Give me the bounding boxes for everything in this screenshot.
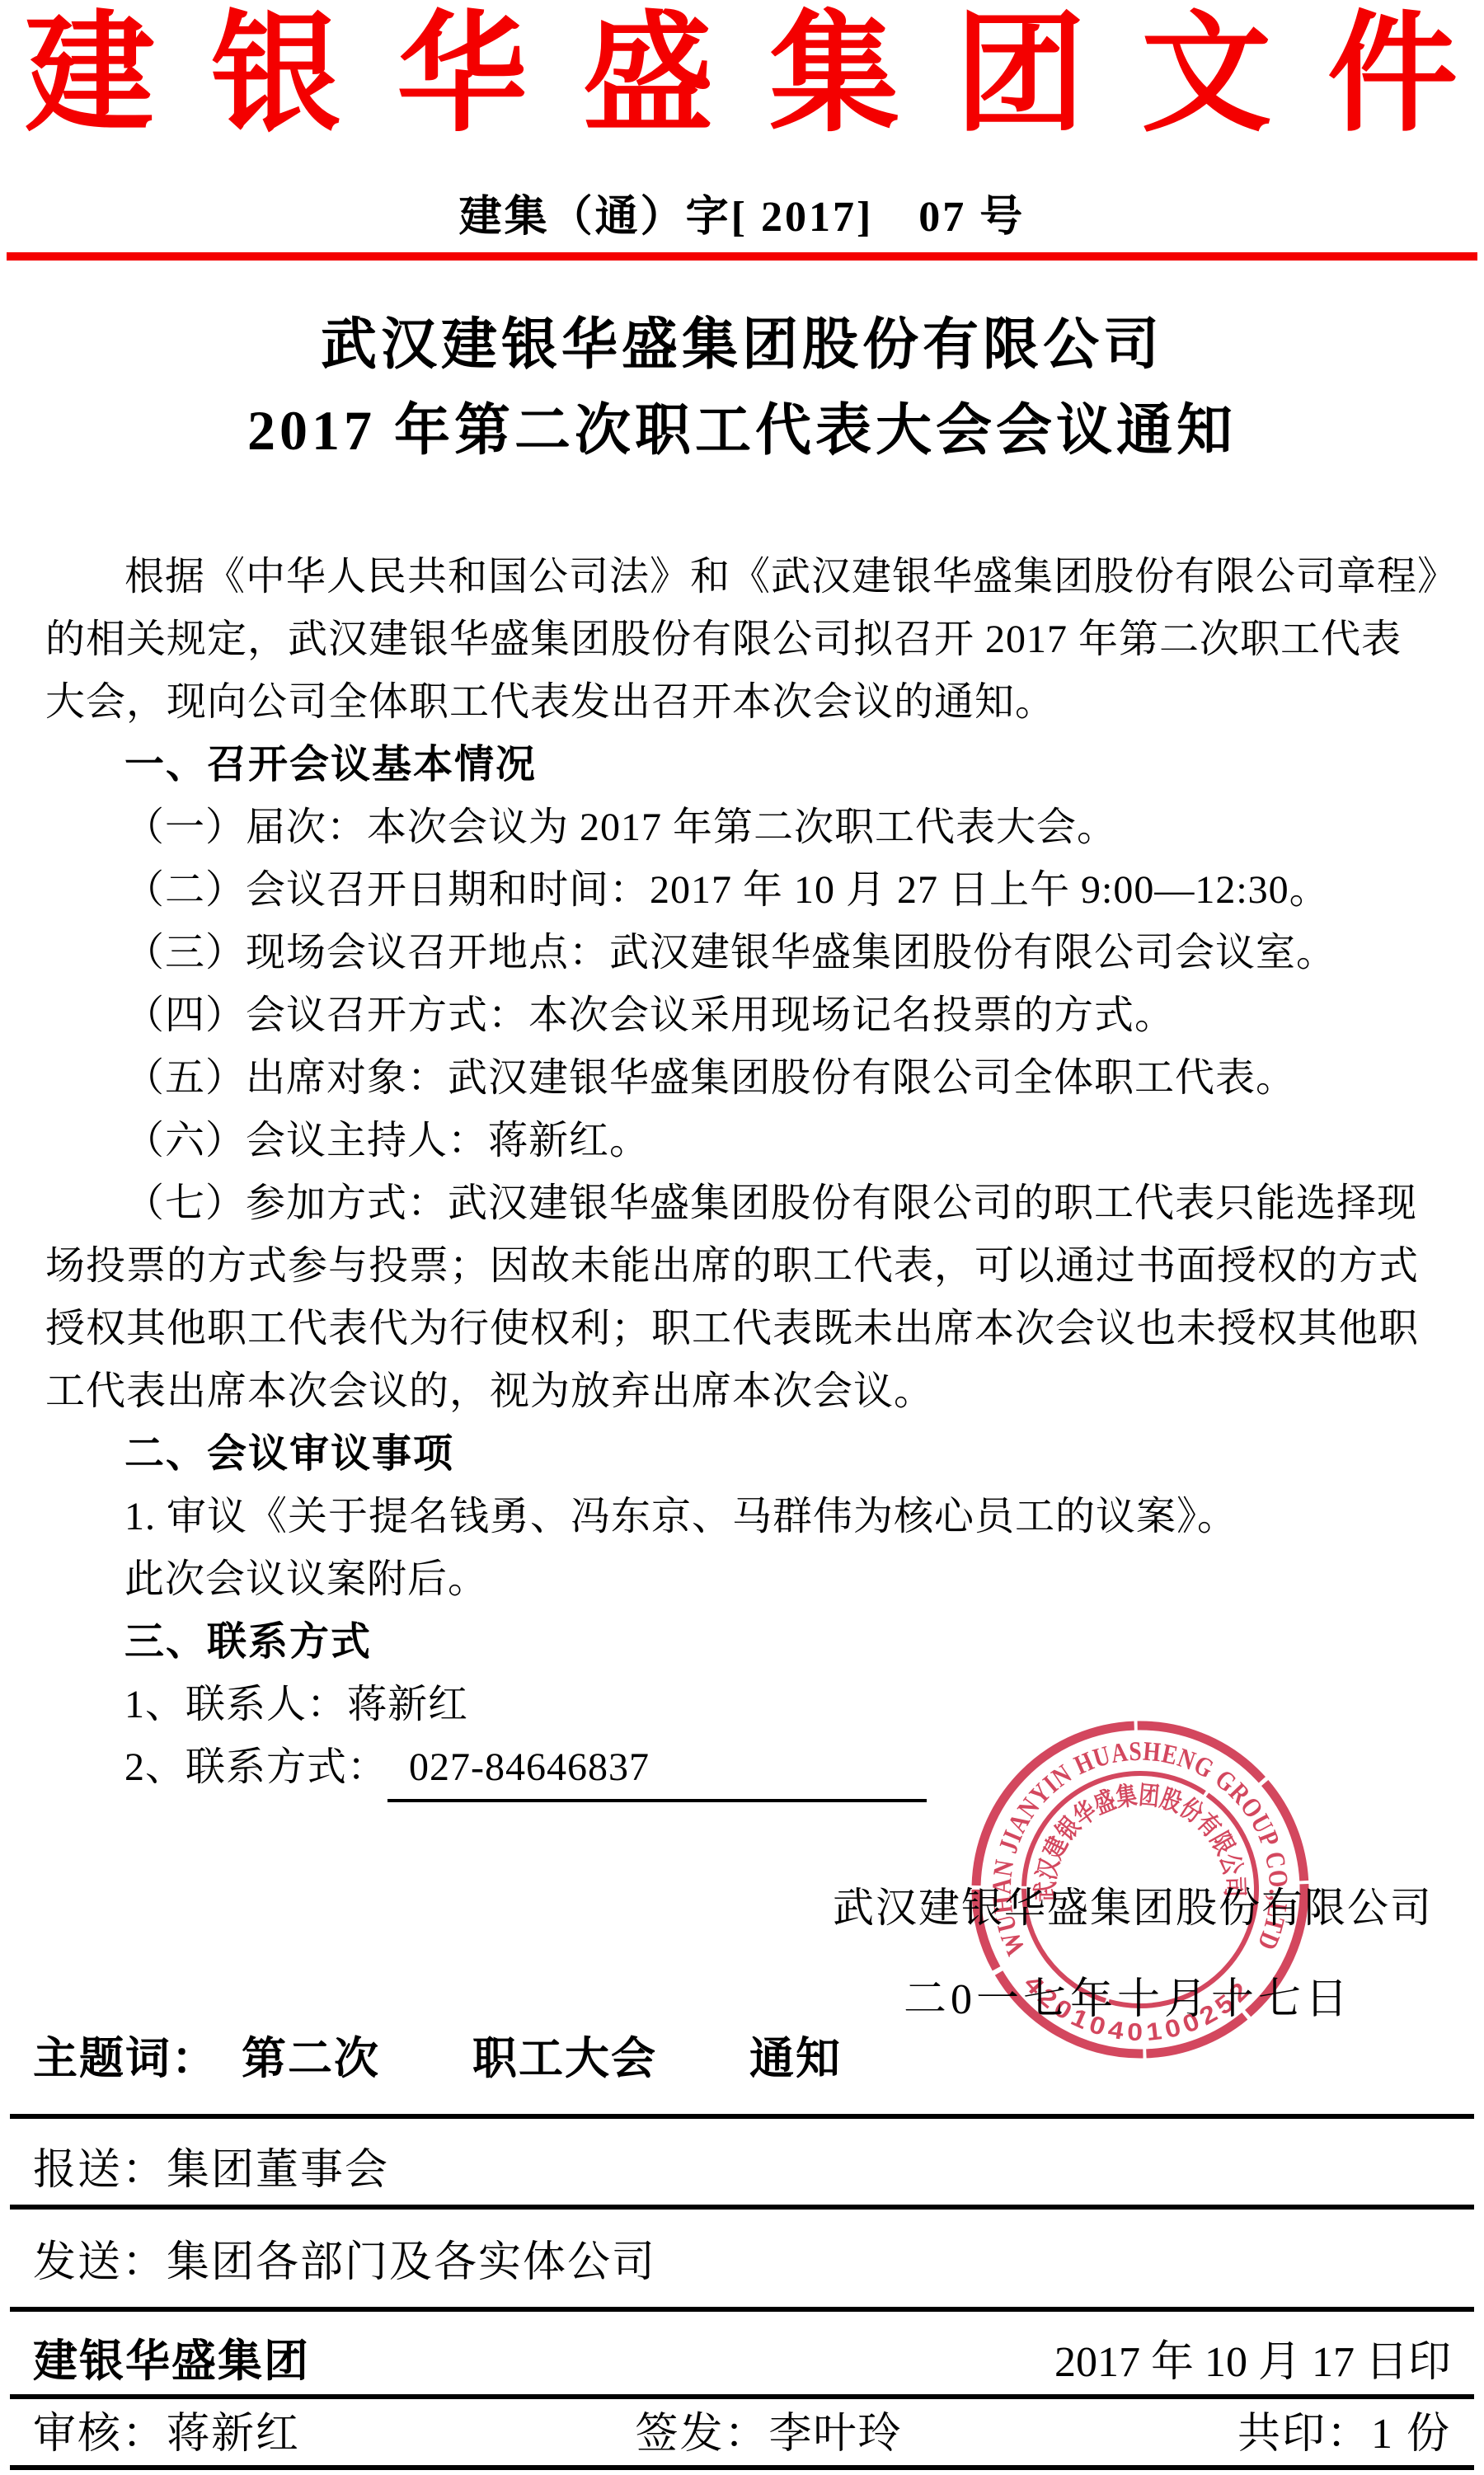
contact-method-label: 2、联系方式： [124,1745,387,1789]
proposal-note: 此次会议议案附后。 [45,1548,1439,1611]
submit-to-row: 报送：集团董事会 [33,2147,389,2195]
document-title-line2: 2017 年第二次职工代表大会会议通知 [0,399,1484,462]
official-document-page: 建 银 华 盛 集 团 文 件 建集（通）字[ 2017] 07 号 武汉建银华… [0,0,1484,2475]
review-item: 1. 审议《关于提名钱勇、冯东京、马群伟为核心员工的议案》。 [45,1486,1439,1548]
reviewer: 审核：蒋新红 [33,2411,300,2459]
meeting-item-6: （六）会议主持人：蒋新红。 [45,1110,1439,1172]
footer-divider-4 [10,2394,1474,2399]
intro-paragraph: 根据《中华人民共和国公司法》和《武汉建银华盛集团股份有限公司章程》的相关规定，武… [45,546,1439,734]
print-date: 2017 年 10 月 17 日印 [1054,2338,1451,2388]
issuer-row: 建银华盛集团 2017 年 10 月 17 日印 [33,2336,1451,2388]
signer: 签发：李叶玲 [635,2411,902,2459]
meeting-item-2: （二）会议召开日期和时间：2017 年 10 月 27 日上午 9:00—12:… [45,859,1439,922]
footer-bottom-rule [10,2465,1474,2470]
copies-count: 共印：1 份 [1237,2411,1451,2459]
meeting-item-1: （一）届次：本次会议为 2017 年第二次职工代表大会。 [45,796,1439,859]
contact-phone-number: 027-84646837 [387,1736,927,1802]
seal-graphic: WUHAN JIANYIN HUASHENG GROUP CO.,LTD 武汉建… [959,1708,1322,2071]
send-to-row: 发送：集团各部门及各实体公司 [33,2239,656,2287]
meeting-item-4: （四）会议召开方式：本次会议采用现场记名投票的方式。 [45,984,1439,1047]
issuer-name: 建银华盛集团 [33,2336,310,2386]
footer-divider-3 [10,2307,1474,2312]
meeting-item-5: （五）出席对象：武汉建银华盛集团股份有限公司全体职工代表。 [45,1047,1439,1110]
doc-reference-number: 建集（通）字[ 2017] 07 号 [0,195,1484,241]
subject-keywords: 主题词： 第二次 职工大会 通知 [33,2033,842,2084]
section3-heading: 三、联系方式 [45,1611,1439,1674]
company-seal-stamp: WUHAN JIANYIN HUASHENG GROUP CO.,LTD 武汉建… [959,1708,1322,2071]
document-title-line1: 武汉建银华盛集团股份有限公司 [0,313,1484,376]
meeting-item-3: （三）现场会议召开地点：武汉建银华盛集团股份有限公司会议室。 [45,922,1439,984]
red-divider-rule [7,252,1477,261]
footer-divider-2 [10,2205,1474,2210]
footer-divider-1 [10,2114,1474,2119]
review-row: 审核：蒋新红 签发：李叶玲 共印：1 份 [33,2411,1451,2459]
document-body: 根据《中华人民共和国公司法》和《武汉建银华盛集团股份有限公司章程》的相关规定，武… [45,546,1439,1802]
letterhead-title: 建 银 华 盛 集 团 文 件 [25,5,1459,147]
section1-heading: 一、召开会议基本情况 [45,734,1439,796]
section2-heading: 二、会议审议事项 [45,1423,1439,1486]
meeting-item-7: （七）参加方式：武汉建银华盛集团股份有限公司的职工代表只能选择现场投票的方式参与… [45,1172,1439,1423]
